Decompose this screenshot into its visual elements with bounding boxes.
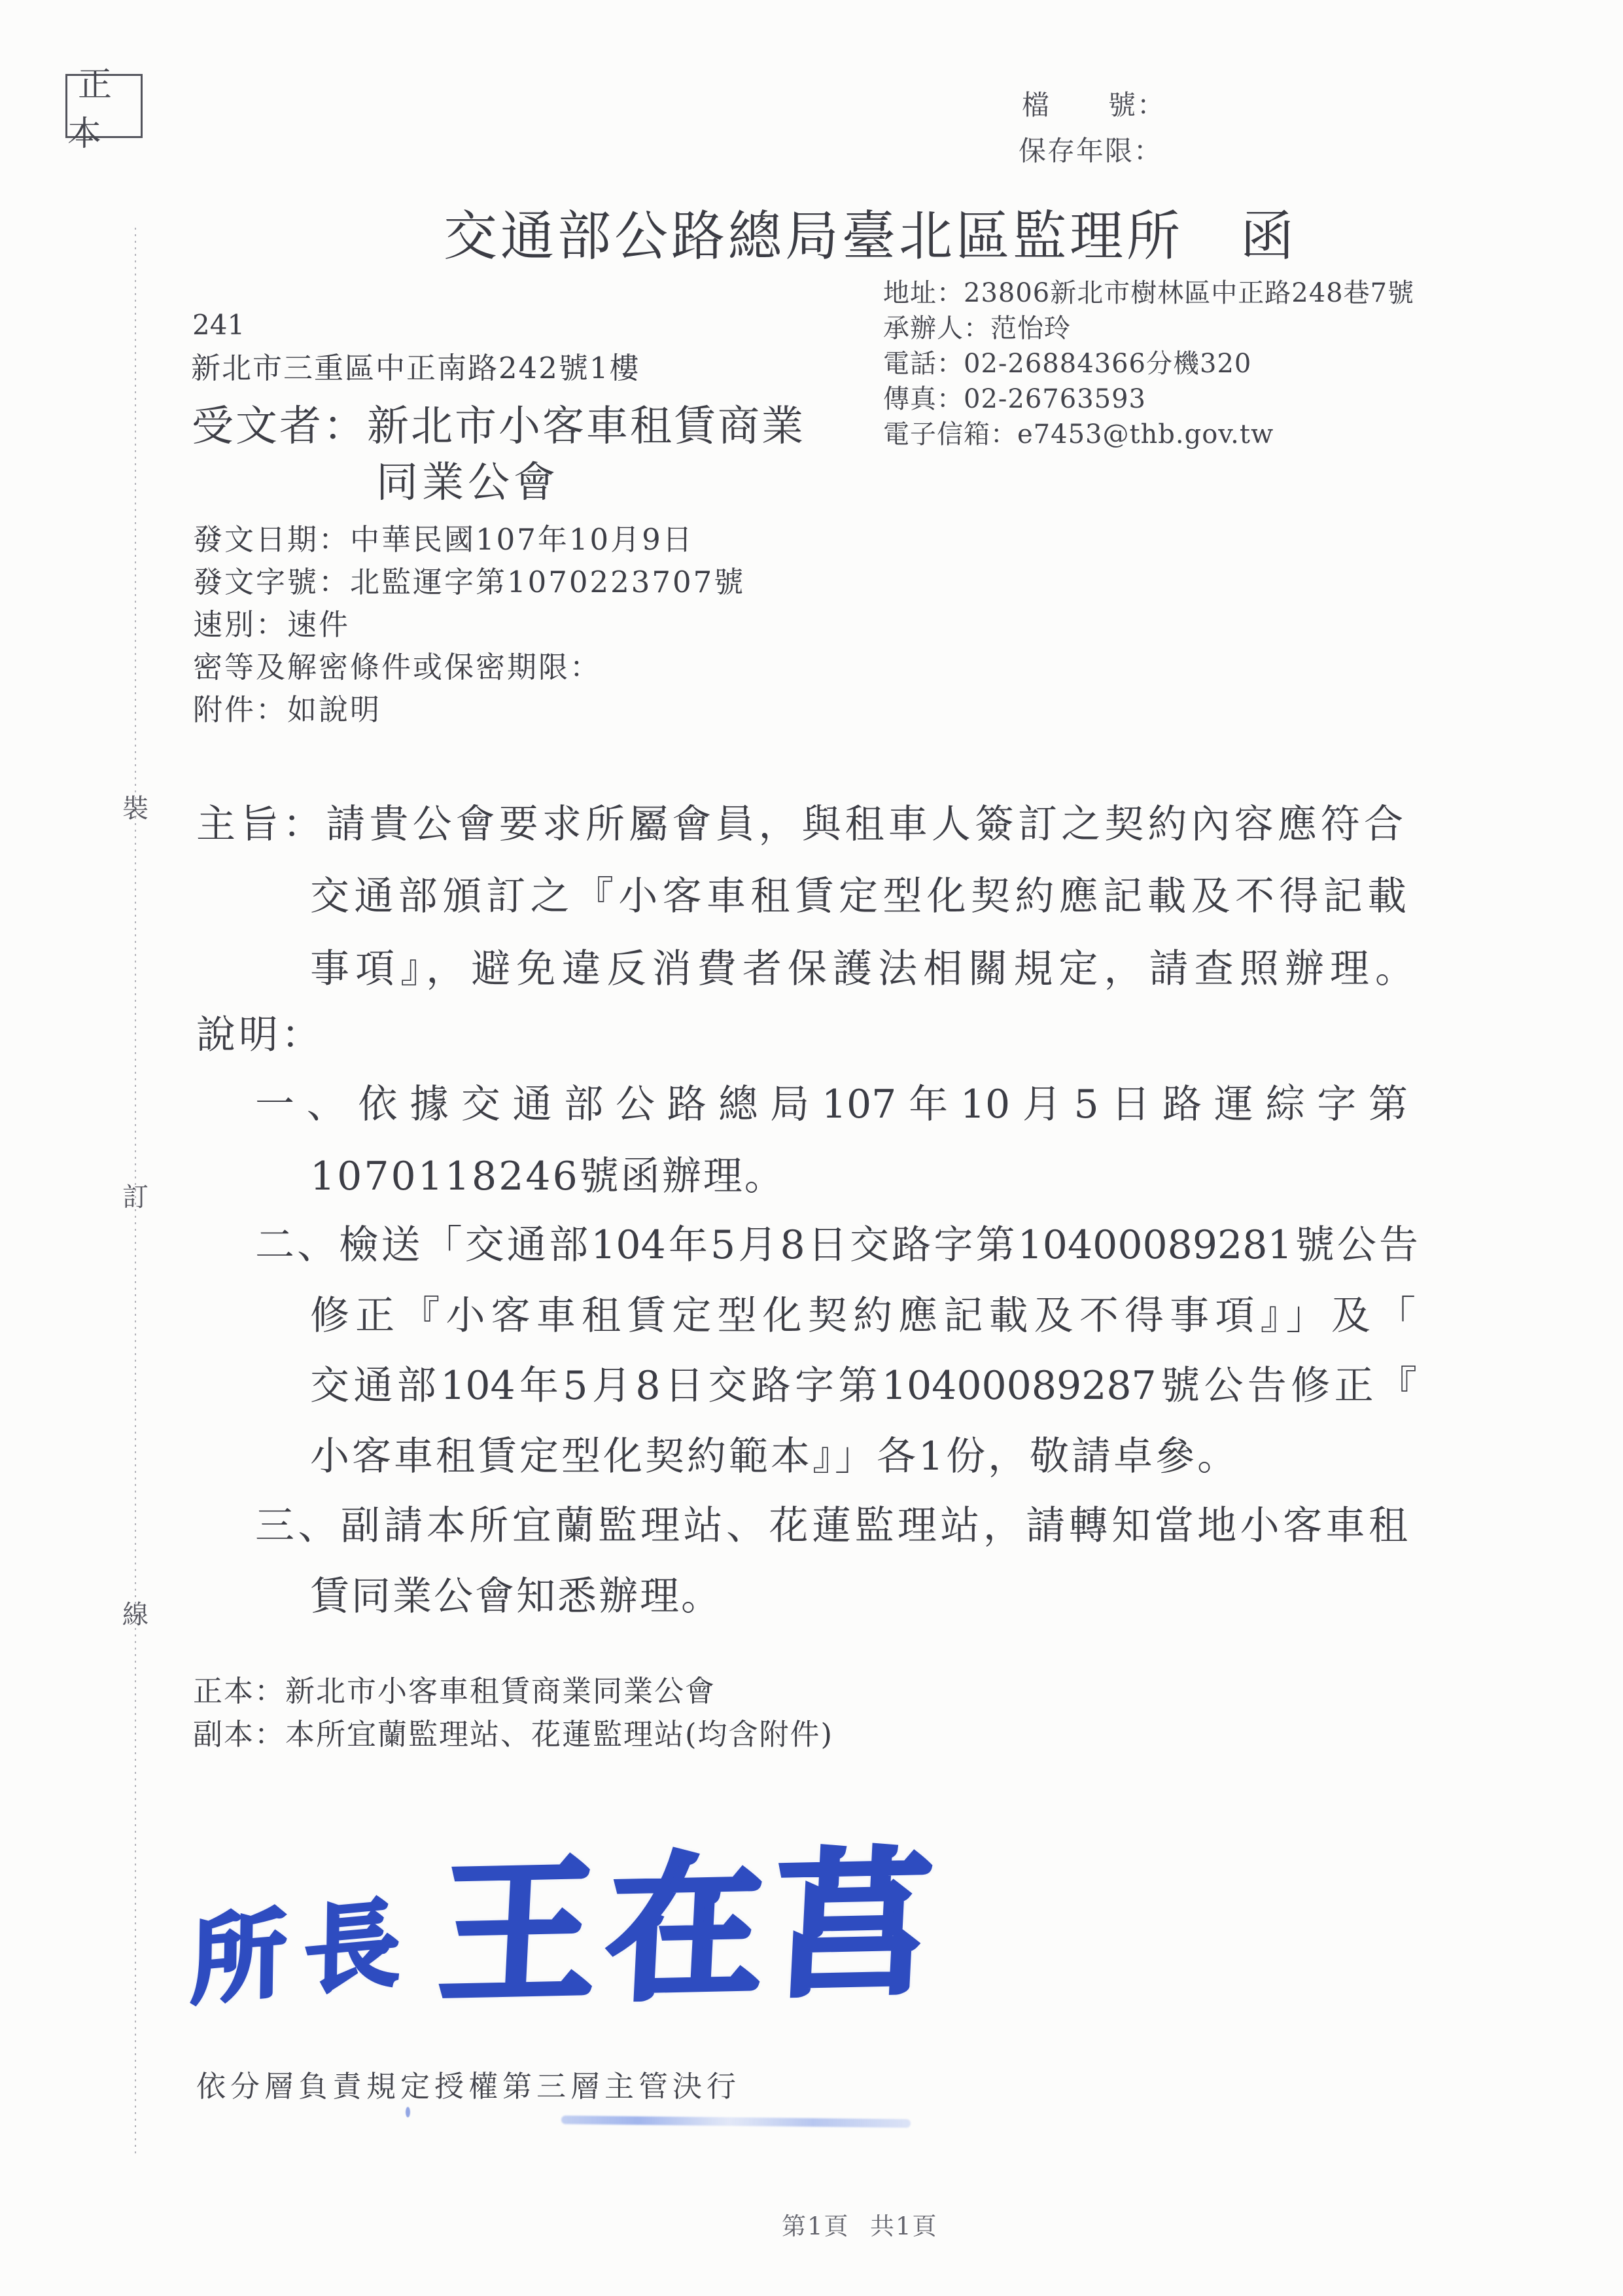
explanation-item3-line2: 賃同業公會知悉辦理。 xyxy=(310,1565,722,1621)
scanned-official-letter: 正本 檔 號： 保存年限： 交通部公路總局臺北區監理所 函 地址：23806新北… xyxy=(0,0,1623,2296)
sender-phone: 電話：02-26884366分機320 xyxy=(883,343,1251,380)
recipient-name-line1: 受文者：新北市小客車租賃商業 xyxy=(192,393,805,453)
subject-line-1: 主旨：請貴公會要求所屬會員，與租車人簽訂之契約內容應符合 xyxy=(196,793,1403,849)
binding-mark-ding: 訂 xyxy=(120,1176,151,1214)
delegation-note: 依分層負責規定授權第三層主管決行 xyxy=(196,2062,741,2105)
footer-total-pages: 共1頁 xyxy=(870,2206,938,2242)
recipient-postal-code: 241 xyxy=(192,309,245,341)
director-signature-stamp: 所長 王在莒 xyxy=(189,1799,946,2039)
dispatch-date: 發文日期：中華民國107年10月9日 xyxy=(193,516,694,558)
subject-line-2: 交通部頒訂之『小客車租賃定型化契約應記載及不得記載 xyxy=(310,865,1406,921)
dispatch-priority: 速別：速件 xyxy=(193,601,350,643)
copy-type-stamp: 正本 xyxy=(65,74,143,138)
subject-line-3: 事項』，避免違反消費者保護法相關規定，請查照辦理。 xyxy=(310,938,1414,994)
copy-type-stamp-text: 正本 xyxy=(67,57,141,155)
dispatch-attachment: 附件：如說明 xyxy=(193,686,381,728)
sender-address: 地址：23806新北市樹林區中正路248巷7號 xyxy=(883,272,1414,309)
explanation-item2-line1: 二、檢送「交通部104年5月8日交路字第10400089281號公告 xyxy=(255,1214,1418,1270)
distribution-copy: 副本：本所宜蘭監理站、花蓮監理站(均含附件) xyxy=(193,1710,833,1753)
ink-smudge xyxy=(561,2115,911,2128)
explanation-label: 說明： xyxy=(196,1004,324,1060)
retention-period-label: 保存年限： xyxy=(1019,130,1162,169)
explanation-item2-line4: 小客車租賃定型化契約範本』」各1份，敬請卓參。 xyxy=(310,1425,1239,1481)
explanation-item3-line1: 三、副請本所宜蘭監理站、花蓮監理站，請轉知當地小客車租 xyxy=(255,1494,1408,1551)
explanation-item2-line2: 修正『小客車租賃定型化契約應記載及不得事項』」及「 xyxy=(310,1284,1416,1341)
signature-role: 所長 xyxy=(190,1866,419,2022)
binding-mark-zhuang: 裝 xyxy=(120,788,151,825)
distribution-original: 正本：新北市小客車租賃商業同業公會 xyxy=(193,1667,716,1710)
binding-mark-xian: 線 xyxy=(120,1594,151,1631)
recipient-street-address: 新北市三重區中正南路242號1樓 xyxy=(191,344,640,387)
ink-dot xyxy=(406,2107,410,2117)
signature-name: 王在莒 xyxy=(436,1799,949,2034)
footer-page-number: 第1頁 xyxy=(782,2206,850,2242)
explanation-item1-line1: 一、依據交通部公路總局107年10月5日路運綜字第 xyxy=(255,1073,1408,1129)
explanation-item2-line3: 交通部104年5月8日交路字第10400089287號公告修正『 xyxy=(310,1354,1417,1411)
explanation-item1-line2: 1070118246號函辦理。 xyxy=(310,1145,786,1201)
document-title: 交通部公路總局臺北區監理所 函 xyxy=(444,194,1297,270)
sender-email: 電子信箱：e7453@thb.gov.tw xyxy=(883,414,1274,451)
recipient-name-line2: 同業公會 xyxy=(376,449,559,509)
dispatch-number: 發文字號：北監運字第1070223707號 xyxy=(193,558,745,601)
file-number-label: 檔 號： xyxy=(1022,84,1166,123)
dispatch-security: 密等及解密條件或保密期限： xyxy=(193,643,601,686)
sender-contact-person: 承辦人：范怡玲 xyxy=(883,308,1071,345)
sender-fax: 傳真：02-26763593 xyxy=(883,378,1146,415)
